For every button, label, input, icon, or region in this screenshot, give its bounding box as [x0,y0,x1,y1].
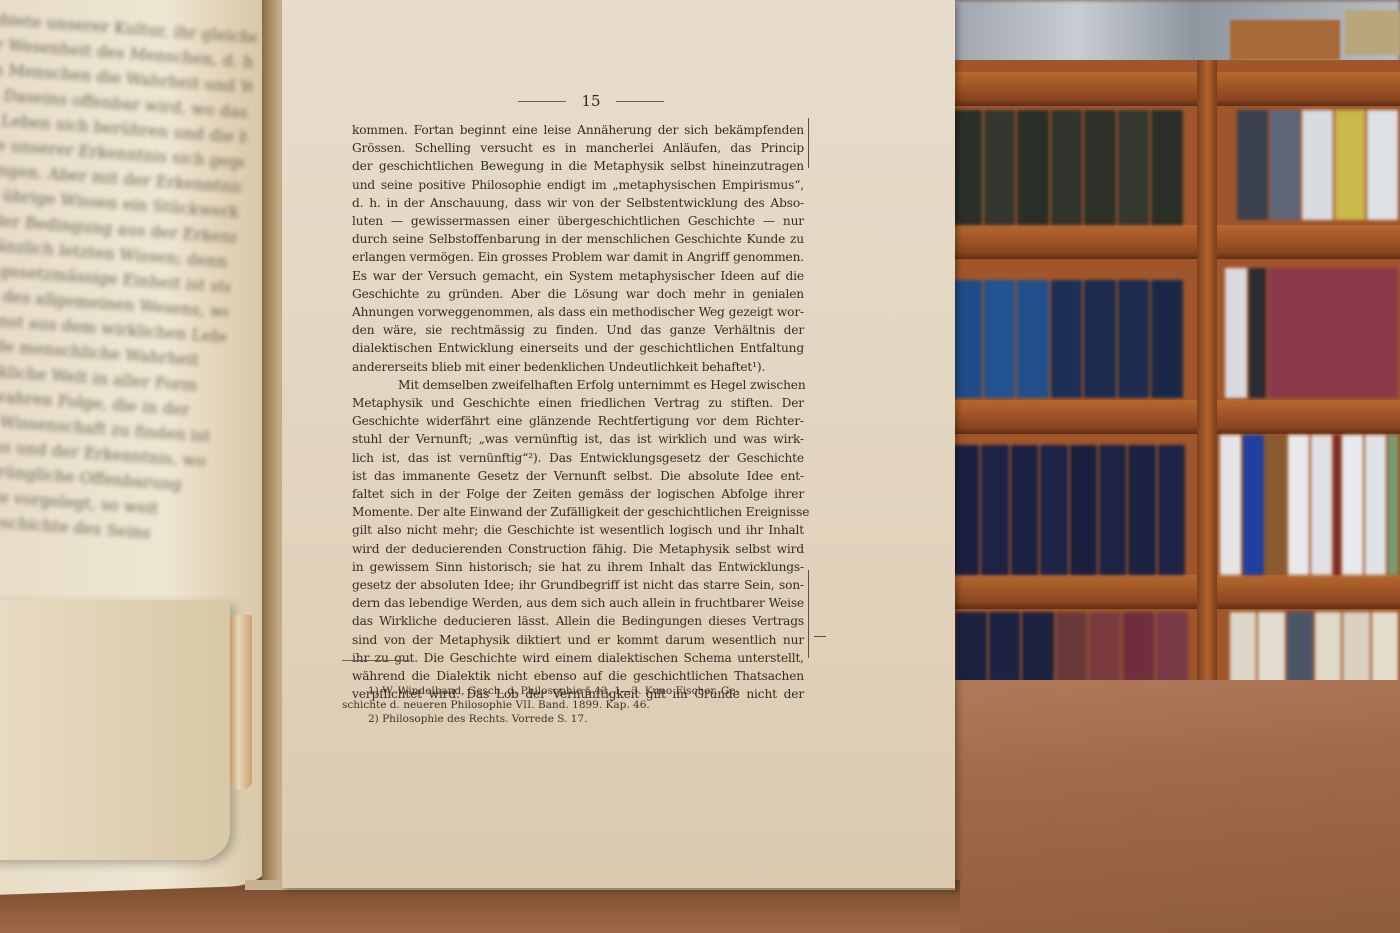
text-line: Momente. Der alte Einwand der Zufälligke… [352,503,804,521]
text-line: Geschichte zu gründen. Aber die Lösung w… [352,285,804,303]
page-header: 15 [518,92,664,110]
shelf-top-box [1230,20,1340,60]
text-line: Metaphysik und Geschichte einen friedlic… [352,394,804,412]
text-line: in gewissem Sinn historisch; sie hat zu … [352,558,804,576]
header-rule-right [616,101,664,102]
header-rule-left [518,101,566,102]
books-row-white [1220,435,1400,575]
text-line-paragraph-start: Mit demselben zweifelhaften Erfolg unter… [352,376,804,394]
text-line: während die Dialektik nicht ebenso auf d… [352,667,804,685]
shelf-board [940,575,1400,609]
page-number: 15 [581,92,600,110]
text-line: wird der deducierenden Construction fähi… [352,540,804,558]
footnote-1-continuation: schichte d. neueren Philosophie VII. Ban… [330,698,810,712]
text-line: Grössen. Schelling versucht es in manche… [352,139,804,157]
books-row-light [1237,110,1400,220]
pencil-margin-dash [814,636,826,637]
text-line: das Wirkliche deducieren lässt. Allein d… [352,612,804,630]
text-line: stuhl der Vernunft; „was vernünftig ist,… [352,430,804,448]
text-line: und seine positive Philosophie endigt im… [352,176,804,194]
text-line: sind von der Metaphysik diktiert und er … [352,631,804,649]
text-line: der geschichtlichen Bewegung in die Meta… [352,157,804,175]
text-line: faltet sich in der Folge der Zeiten gemä… [352,485,804,503]
text-line: Ahnungen vorweggenommen, als dass ein me… [352,303,804,321]
text-line: kommen. Fortan beginnt eine leise Annähe… [352,121,804,139]
text-line: luten — gewissermassen einer übergeschic… [352,212,804,230]
text-line: lich ist, das ist vernünftig“²). Das Ent… [352,449,804,467]
text-line: d. h. in der Anschauung, dass wir von de… [352,194,804,212]
footnote-1: 1) W. Windelband, Gesch. d. Philosophie … [330,684,810,698]
books-row-navy [952,445,1187,575]
text-line: den wäre, sie rechtmässig zu finden. Und… [352,321,804,339]
torn-page-edge [230,615,252,790]
footnote-rule [342,660,410,661]
text-line: andererseits blieb mit einer bedenkliche… [352,358,804,376]
footnotes: 1) W. Windelband, Gesch. d. Philosophie … [330,684,810,726]
text-line: dialektischen Entwicklung einerseits und… [352,339,804,357]
books-row-mixed [955,612,1190,682]
shelf-board [940,225,1400,259]
text-line: Es war der Versuch gemacht, ein System m… [352,267,804,285]
pencil-margin-mark [808,118,809,168]
text-line: durch seine Selbstoffenbarung in der men… [352,230,804,248]
photo-scene: Gebiete unserer Kultur, ihr gleichend in… [0,0,1400,933]
books-row-blue [950,280,1185,398]
shelf-board-top [940,72,1400,106]
text-line: erlangen vermögen. Ein grosses Problem w… [352,248,804,266]
text-line: gilt also nicht mehr; die Geschichte ist… [352,521,804,539]
books-row-red [1225,268,1400,398]
page-body-text: kommen. Fortan beginnt eine leise Annähe… [352,121,804,704]
shelf-top-books [1345,10,1400,55]
text-line: ist das immanente Gesetz der Vernunft se… [352,467,804,485]
wooden-table [900,680,1400,933]
left-page-blurred-text: Gebiete unserer Kultur, ihr gleichend in… [0,5,258,623]
left-page-lower-stack [0,600,230,860]
shelf-board [940,400,1400,434]
bookshelf-divider [1197,60,1217,700]
text-line: ihr zu gut. Die Geschichte wird einem di… [352,649,804,667]
text-line: dern das lebendige Werden, aus dem sich … [352,594,804,612]
text-line: Geschichte widerfährt eine glänzende Rec… [352,412,804,430]
books-row-dark-green [950,110,1185,225]
text-line: gesetz der absoluten Idee; ihr Grundbegr… [352,576,804,594]
footnote-2: 2) Philosophie des Rechts. Vorrede S. 17… [330,712,810,726]
pencil-margin-mark [808,570,809,658]
